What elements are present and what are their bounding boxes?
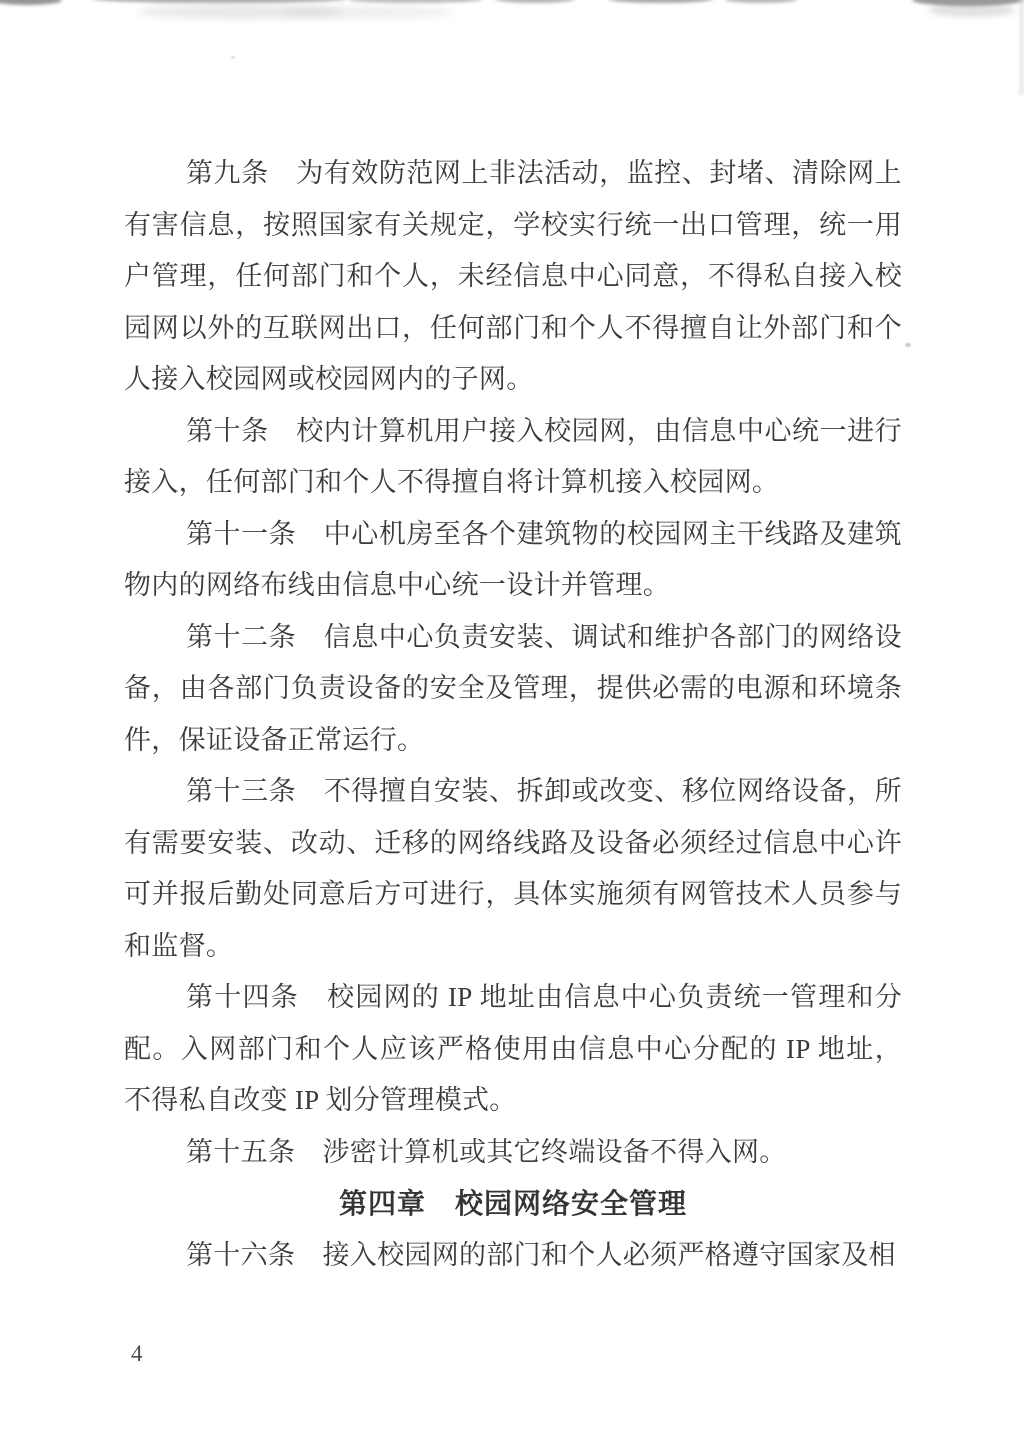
scan-smudge <box>725 0 797 3</box>
text-line: 第十一条 中心机房至各个建筑物的校园网主干线路及建筑 <box>124 509 902 561</box>
document-page: 第九条 为有效防范网上非法活动，监控、封堵、清除网上 有害信息，按照国家有关规定… <box>0 0 1024 1449</box>
text-line: 物内的网络布线由信息中心统一设计并管理。 <box>124 560 902 612</box>
text-line: 和监督。 <box>124 921 902 973</box>
scan-smudge <box>92 0 347 3</box>
chapter-heading: 第四章 校园网络安全管理 <box>124 1178 902 1230</box>
text-line: 人接入校园网或校园网内的子网。 <box>124 354 902 406</box>
scan-speck <box>905 343 911 347</box>
text-line: 第十二条 信息中心负责安装、调试和维护各部门的网络设 <box>124 612 902 664</box>
scan-smudge <box>278 6 453 19</box>
scan-speck <box>231 56 235 59</box>
text-line: 第十四条 校园网的 IP 地址由信息中心负责统一管理和分 <box>124 972 902 1024</box>
text-line: 有需要安装、改动、迁移的网络线路及设备必须经过信息中心许 <box>124 818 902 870</box>
scan-smudge <box>348 0 483 3</box>
scan-smudge <box>0 0 62 5</box>
text-line: 园网以外的互联网出口，任何部门和个人不得擅自让外部门和个 <box>124 303 902 355</box>
text-line: 第十条 校内计算机用户接入校园网，由信息中心统一进行 <box>124 406 902 458</box>
paragraph-article-13: 第十三条 不得擅自安装、拆卸或改变、移位网络设备，所 有需要安装、改动、迁移的网… <box>124 766 902 972</box>
text-line: 接入，任何部门和个人不得擅自将计算机接入校园网。 <box>124 457 902 509</box>
text-line: 有害信息，按照国家有关规定，学校实行统一出口管理，统一用 <box>124 200 902 252</box>
page-number: 4 <box>131 1341 143 1367</box>
document-body: 第九条 为有效防范网上非法活动，监控、封堵、清除网上 有害信息，按照国家有关规定… <box>124 148 902 1281</box>
paragraph-article-12: 第十二条 信息中心负责安装、调试和维护各部门的网络设 备，由各部门负责设备的安全… <box>124 612 902 767</box>
text-line: 不得私自改变 IP 划分管理模式。 <box>124 1075 902 1127</box>
scan-smudge <box>608 0 713 3</box>
paragraph-article-11: 第十一条 中心机房至各个建筑物的校园网主干线路及建筑 物内的网络布线由信息中心统… <box>124 509 902 612</box>
text-line: 户管理，任何部门和个人，未经信息中心同意，不得私自接入校 <box>124 251 902 303</box>
paragraph-article-14: 第十四条 校园网的 IP 地址由信息中心负责统一管理和分 配。入网部门和个人应该… <box>124 972 902 1127</box>
paragraph-article-16: 第十六条 接入校园网的部门和个人必须严格遵守国家及相 <box>124 1230 902 1282</box>
text-line: 第十三条 不得擅自安装、拆卸或改变、移位网络设备，所 <box>124 766 902 818</box>
scan-smudge <box>928 3 1016 17</box>
text-line: 配。入网部门和个人应该严格使用由信息中心分配的 IP 地址， <box>124 1024 902 1076</box>
scan-edge-shadow <box>1019 0 1024 95</box>
text-line: 件，保证设备正常运行。 <box>124 715 902 767</box>
text-line: 第十六条 接入校园网的部门和个人必须严格遵守国家及相 <box>124 1230 902 1282</box>
text-line: 可并报后勤处同意后方可进行，具体实施须有网管技术人员参与 <box>124 869 902 921</box>
text-line: 第十五条 涉密计算机或其它终端设备不得入网。 <box>124 1127 902 1179</box>
paragraph-article-9: 第九条 为有效防范网上非法活动，监控、封堵、清除网上 有害信息，按照国家有关规定… <box>124 148 902 406</box>
scan-smudge <box>495 0 575 3</box>
scan-smudge <box>912 0 1024 6</box>
scan-smudge <box>138 4 343 19</box>
paragraph-article-15: 第十五条 涉密计算机或其它终端设备不得入网。 <box>124 1127 902 1179</box>
text-line: 备，由各部门负责设备的安全及管理，提供必需的电源和环境条 <box>124 663 902 715</box>
paragraph-article-10: 第十条 校内计算机用户接入校园网，由信息中心统一进行 接入，任何部门和个人不得擅… <box>124 406 902 509</box>
text-line: 第九条 为有效防范网上非法活动，监控、封堵、清除网上 <box>124 148 902 200</box>
